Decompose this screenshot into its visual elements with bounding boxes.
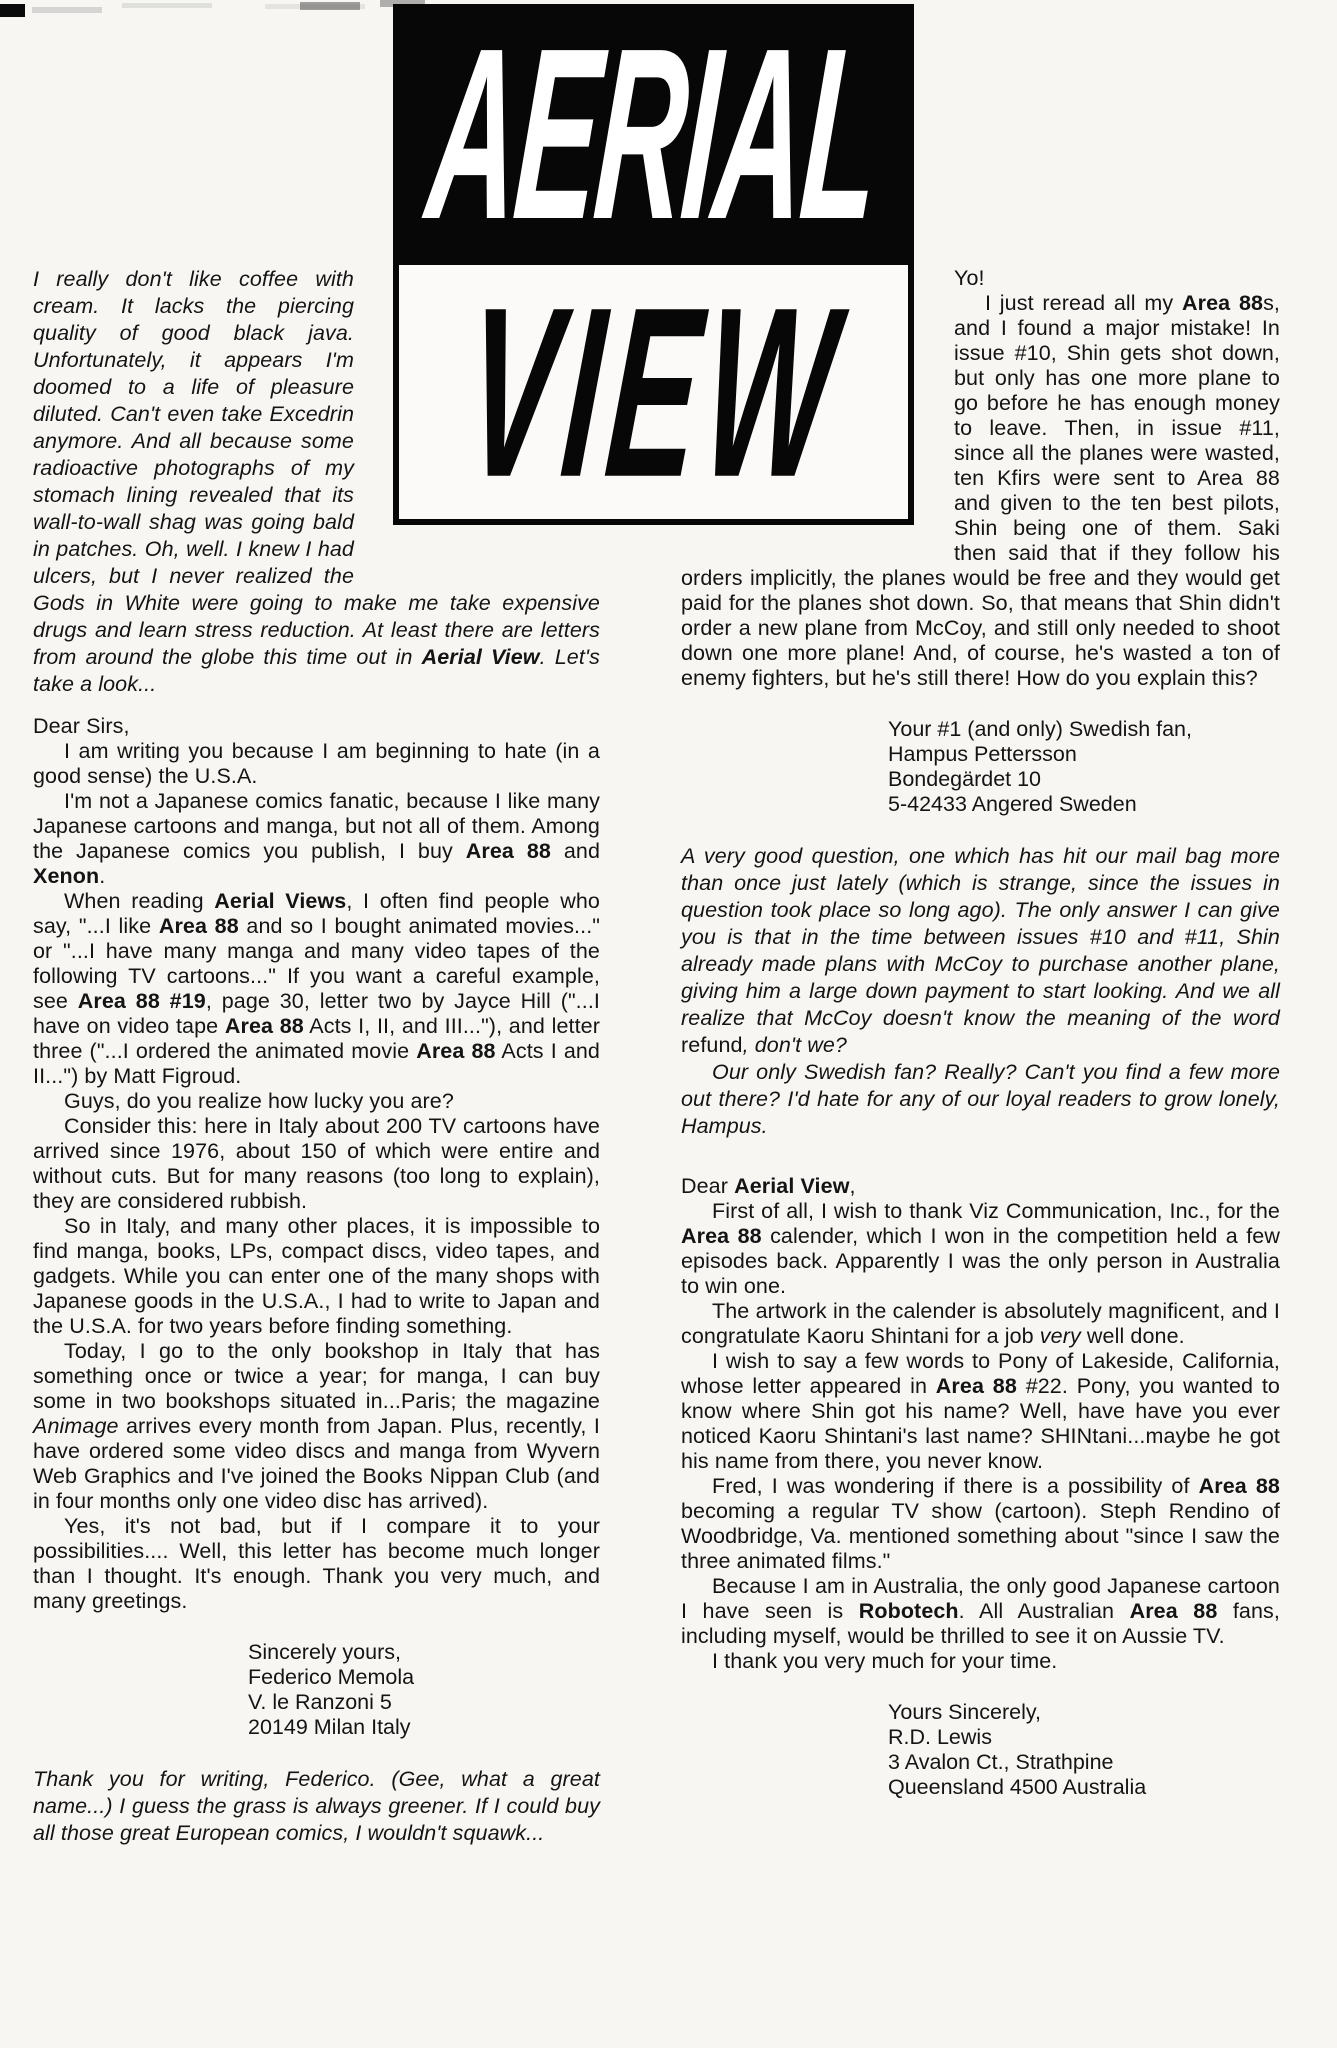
letter1-paragraph: When reading Aerial Views, I often find … <box>33 889 600 1089</box>
letter1-signature: Sincerely yours, Federico Memola V. le R… <box>33 1640 600 1740</box>
letter2-editor-reply: Our only Swedish fan? Really? Can't you … <box>681 1059 1280 1140</box>
logo-text-wrap-spacer <box>681 266 954 561</box>
signature-line: 3 Avalon Ct., Strathpine <box>888 1750 1280 1775</box>
letter3-salutation: Dear Aerial View, <box>681 1174 1280 1199</box>
letter1-salutation: Dear Sirs, <box>33 714 600 739</box>
signature-line: R.D. Lewis <box>888 1725 1280 1750</box>
logo-word-aerial: AERIAL <box>421 12 885 256</box>
letter1-paragraph: Consider this: here in Italy about 200 T… <box>33 1114 600 1214</box>
letter3-signature: Yours Sincerely, R.D. Lewis 3 Avalon Ct.… <box>681 1700 1280 1800</box>
signature-line: Queensland 4500 Australia <box>888 1775 1280 1800</box>
letter1-paragraph: Guys, do you realize how lucky you are? <box>33 1089 600 1114</box>
letter3-paragraph: I wish to say a few words to Pony of Lak… <box>681 1349 1280 1474</box>
logo-aerial-box: AERIAL <box>393 4 914 265</box>
letter2-editor-reply: A very good question, one which has hit … <box>681 843 1280 1059</box>
left-column: I really don't like coffee with cream. I… <box>33 266 600 1847</box>
letter1-paragraph: So in Italy, and many other places, it i… <box>33 1214 600 1339</box>
letter1-paragraph: Yes, it's not bad, but if I compare it t… <box>33 1514 600 1614</box>
logo-text-wrap-spacer <box>354 266 600 590</box>
signature-line: 5-42433 Angered Sweden <box>888 792 1280 817</box>
right-column: Yo! I just reread all my Area 88s, and I… <box>681 266 1280 1800</box>
letter3-paragraph: Because I am in Australia, the only good… <box>681 1574 1280 1649</box>
letter1-editor-reply: Thank you for writing, Federico. (Gee, w… <box>33 1766 600 1847</box>
signature-line: V. le Ranzoni 5 <box>248 1690 600 1715</box>
letters-page: AERIAL VIEW I really don't like coffee w… <box>0 0 1337 2048</box>
letter2-signature: Your #1 (and only) Swedish fan, Hampus P… <box>681 717 1280 817</box>
scan-artifact-smudge <box>122 3 212 8</box>
signature-line: Bondegärdet 10 <box>888 767 1280 792</box>
signature-line: Yours Sincerely, <box>888 1700 1280 1725</box>
scan-artifact-smudge <box>300 2 360 10</box>
letter3-paragraph: First of all, I wish to thank Viz Commun… <box>681 1199 1280 1299</box>
letter3-paragraph: I thank you very much for your time. <box>681 1649 1280 1674</box>
letter3-paragraph: Fred, I was wondering if there is a poss… <box>681 1474 1280 1574</box>
signature-line: Sincerely yours, <box>248 1640 600 1665</box>
signature-line: 20149 Milan Italy <box>248 1715 600 1740</box>
signature-line: Hampus Pettersson <box>888 742 1280 767</box>
signature-line: Your #1 (and only) Swedish fan, <box>888 717 1280 742</box>
scan-artifact-smudge <box>32 7 102 13</box>
letter1-paragraph: I am writing you because I am beginning … <box>33 739 600 789</box>
scan-artifact-corner <box>0 4 25 17</box>
letter1-paragraph: Today, I go to the only bookshop in Ital… <box>33 1339 600 1514</box>
letter3-paragraph: The artwork in the calender is absolutel… <box>681 1299 1280 1349</box>
letter1-paragraph: I'm not a Japanese comics fanatic, becau… <box>33 789 600 889</box>
signature-line: Federico Memola <box>248 1665 600 1690</box>
